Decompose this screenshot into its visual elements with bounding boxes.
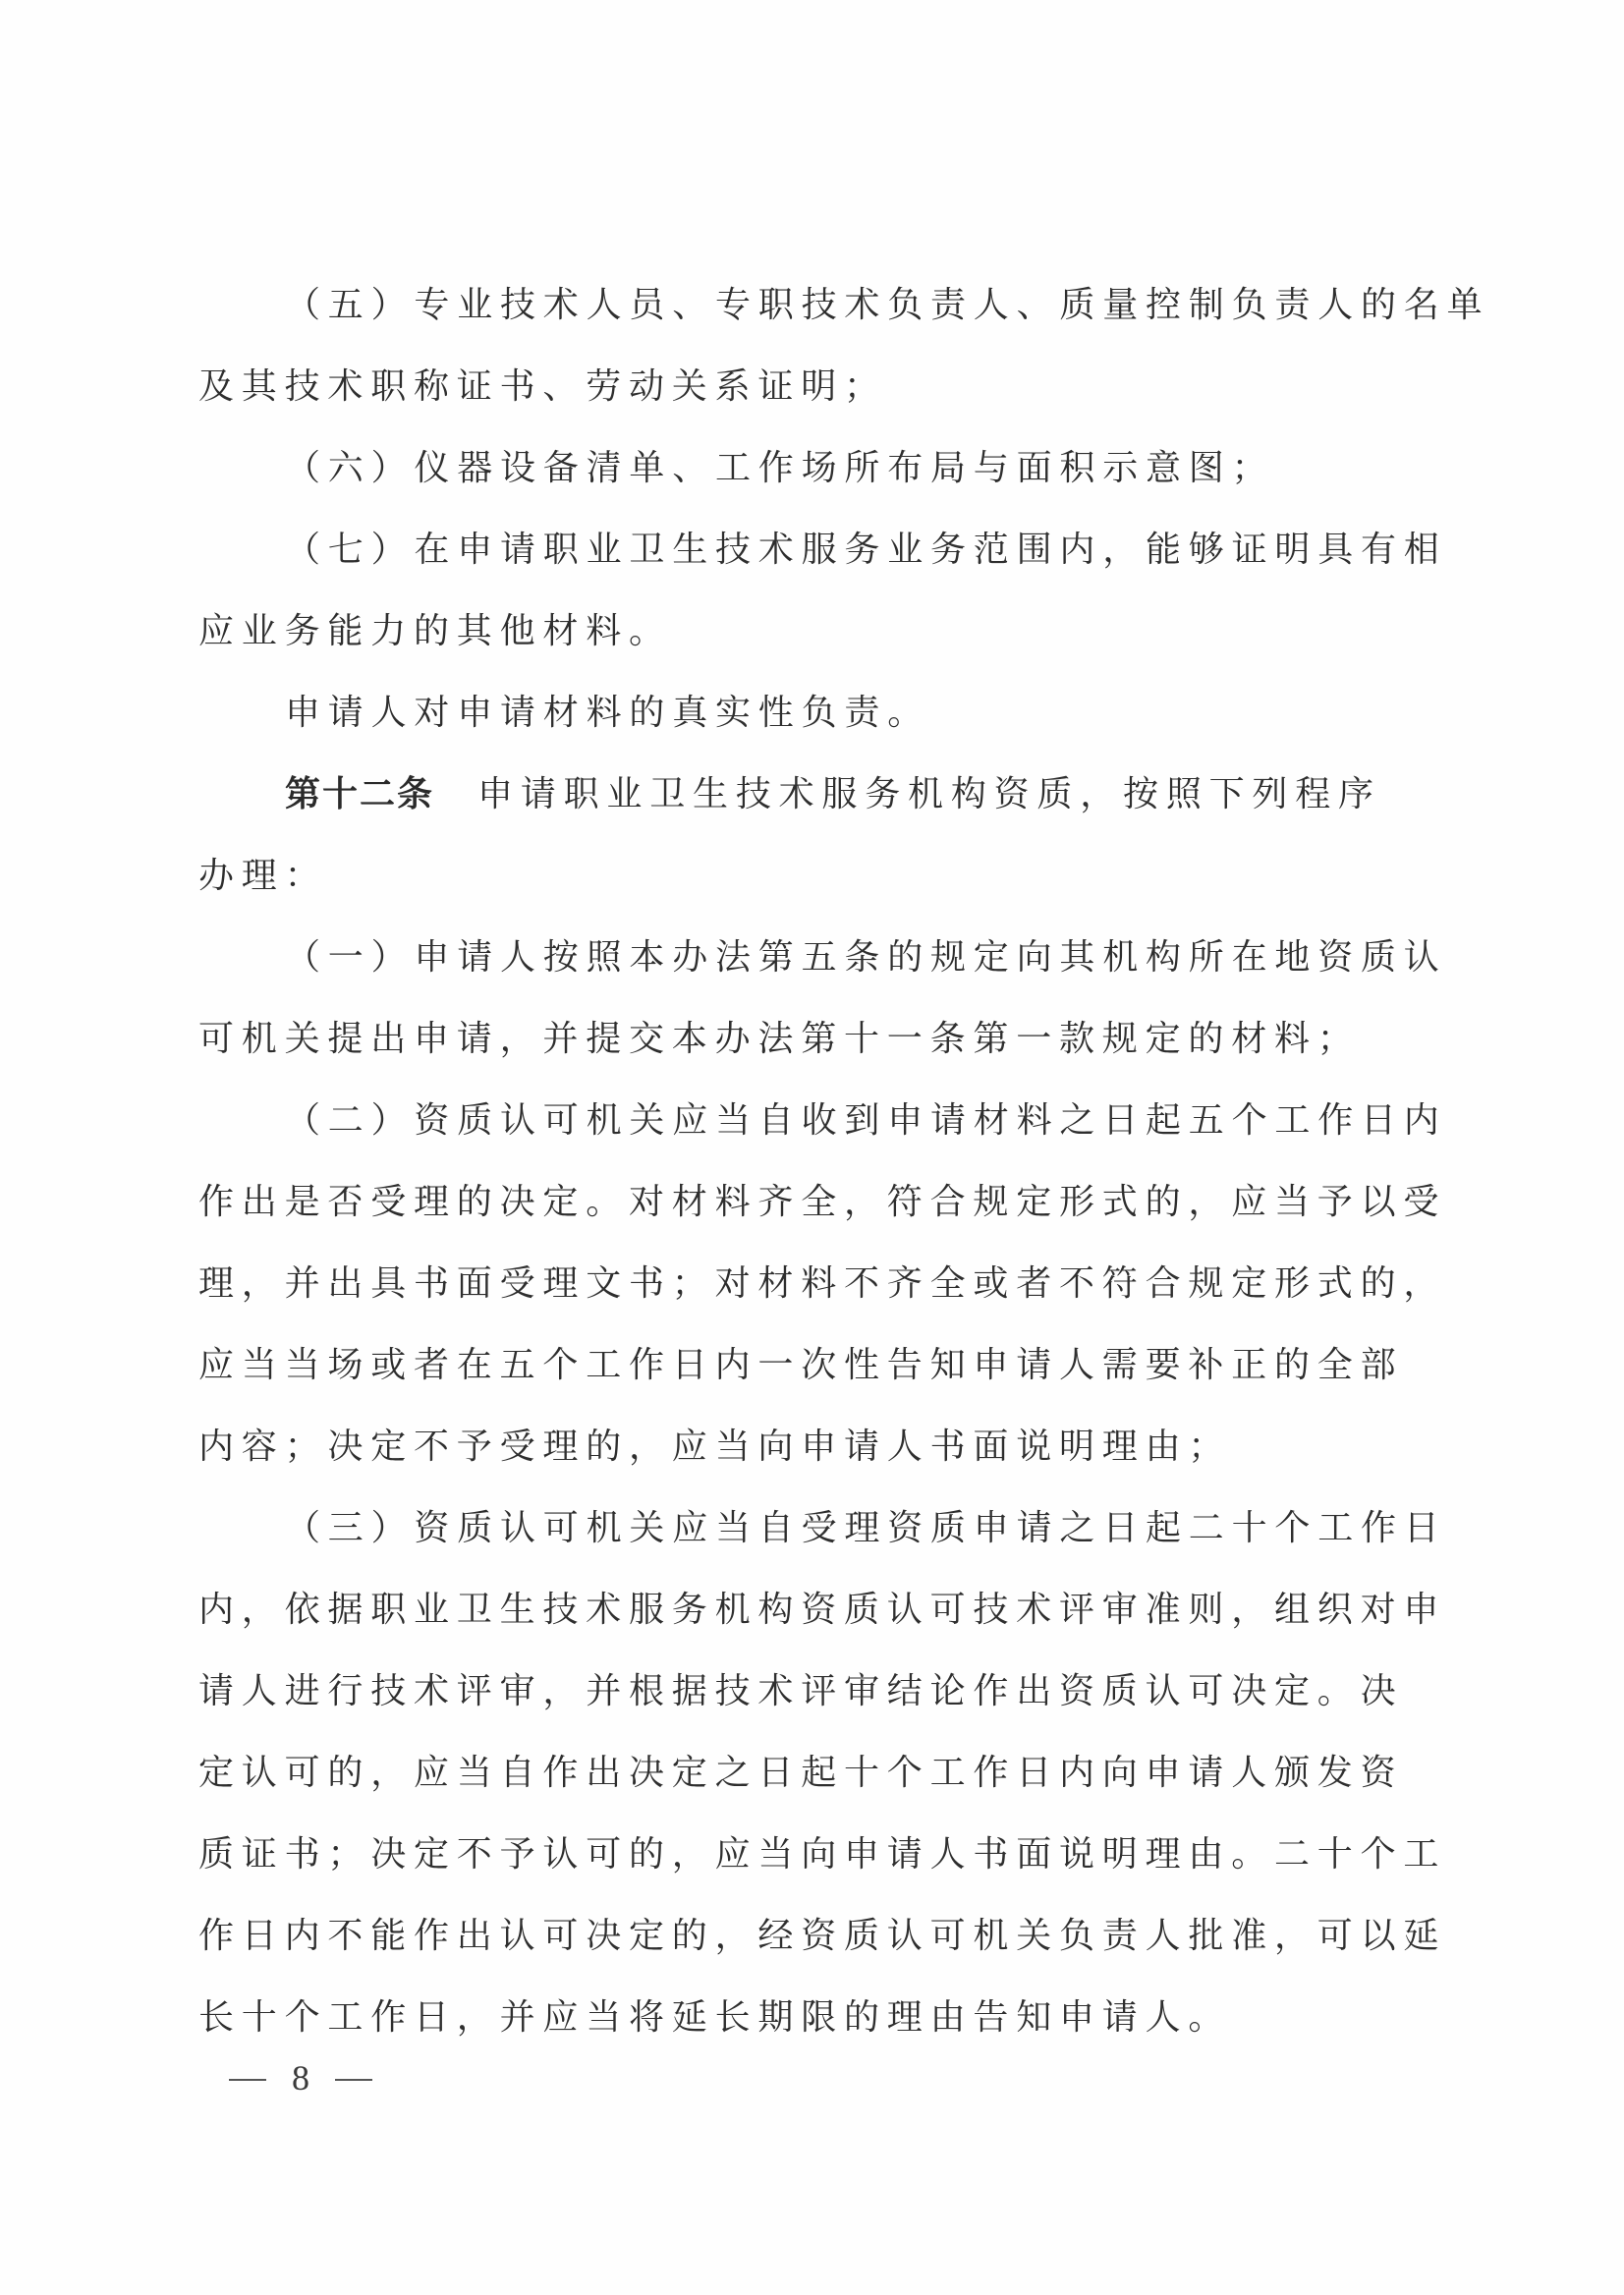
body-text: （五）专业技术人员、专职技术负责人、质量控制负责人的名单 及其技术职称证书、劳动… bbox=[198, 281, 1417, 2075]
procedure-step-2-line-5: 内容；决定不予受理的，应当向申请人书面说明理由； bbox=[198, 1423, 1417, 1504]
procedure-step-1: （一）申请人按照本办法第五条的规定向其机构所在地资质认 bbox=[198, 933, 1417, 1015]
procedure-step-3-line-6: 作日内不能作出认可决定的，经资质认可机关负责人批准，可以延 bbox=[198, 1912, 1417, 1993]
procedure-step-3-line-4: 定认可的，应当自作出决定之日起十个工作日内向申请人颁发资 bbox=[198, 1749, 1417, 1830]
procedure-step-1-continued: 可机关提出申请，并提交本办法第十一条第一款规定的材料； bbox=[198, 1015, 1417, 1096]
procedure-step-2: （二）资质认可机关应当自收到申请材料之日起五个工作日内 bbox=[198, 1096, 1417, 1178]
article-number: 第十二条 bbox=[285, 774, 434, 814]
procedure-step-3-line-2: 内，依据职业卫生技术服务机构资质认可技术评审准则，组织对申 bbox=[198, 1586, 1417, 1667]
procedure-step-2-line-2: 作出是否受理的决定。对材料齐全，符合规定形式的，应当予以受 bbox=[198, 1178, 1417, 1259]
page-number-value: 8 bbox=[266, 2057, 335, 2099]
article-12-continued: 办理： bbox=[198, 852, 1417, 933]
article-12-heading-line: 第十二条申请职业卫生技术服务机构资质，按照下列程序 bbox=[198, 770, 1417, 852]
paragraph-applicant-responsibility: 申请人对申请材料的真实性负责。 bbox=[198, 689, 1417, 770]
paragraph-item-6: （六）仪器设备清单、工作场所布局与面积示意图； bbox=[198, 444, 1417, 526]
article-12-text: 申请职业卫生技术服务机构资质，按照下列程序 bbox=[477, 774, 1381, 814]
procedure-step-2-line-4: 应当当场或者在五个工作日内一次性告知申请人需要补正的全部 bbox=[198, 1341, 1417, 1423]
procedure-step-3-line-3: 请人进行技术评审，并根据技术评审结论作出资质认可决定。决 bbox=[198, 1667, 1417, 1749]
dash-left bbox=[229, 2079, 266, 2081]
page-number: 8 bbox=[229, 2057, 372, 2099]
procedure-step-3-line-7: 长十个工作日，并应当将延长期限的理由告知申请人。 bbox=[198, 1993, 1417, 2075]
paragraph-item-7: （七）在申请职业卫生技术服务业务范围内，能够证明具有相 bbox=[198, 526, 1417, 607]
procedure-step-3: （三）资质认可机关应当自受理资质申请之日起二十个工作日 bbox=[198, 1504, 1417, 1586]
dash-right bbox=[335, 2079, 372, 2081]
paragraph-item-5: （五）专业技术人员、专职技术负责人、质量控制负责人的名单 bbox=[198, 281, 1417, 363]
procedure-step-3-line-5: 质证书；决定不予认可的，应当向申请人书面说明理由。二十个工 bbox=[198, 1830, 1417, 1912]
paragraph-item-5-continued: 及其技术职称证书、劳动关系证明； bbox=[198, 363, 1417, 444]
paragraph-item-7-continued: 应业务能力的其他材料。 bbox=[198, 607, 1417, 689]
procedure-step-2-line-3: 理，并出具书面受理文书；对材料不齐全或者不符合规定形式的， bbox=[198, 1259, 1417, 1341]
document-page: （五）专业技术人员、专职技术负责人、质量控制负责人的名单 及其技术职称证书、劳动… bbox=[0, 0, 1624, 2295]
